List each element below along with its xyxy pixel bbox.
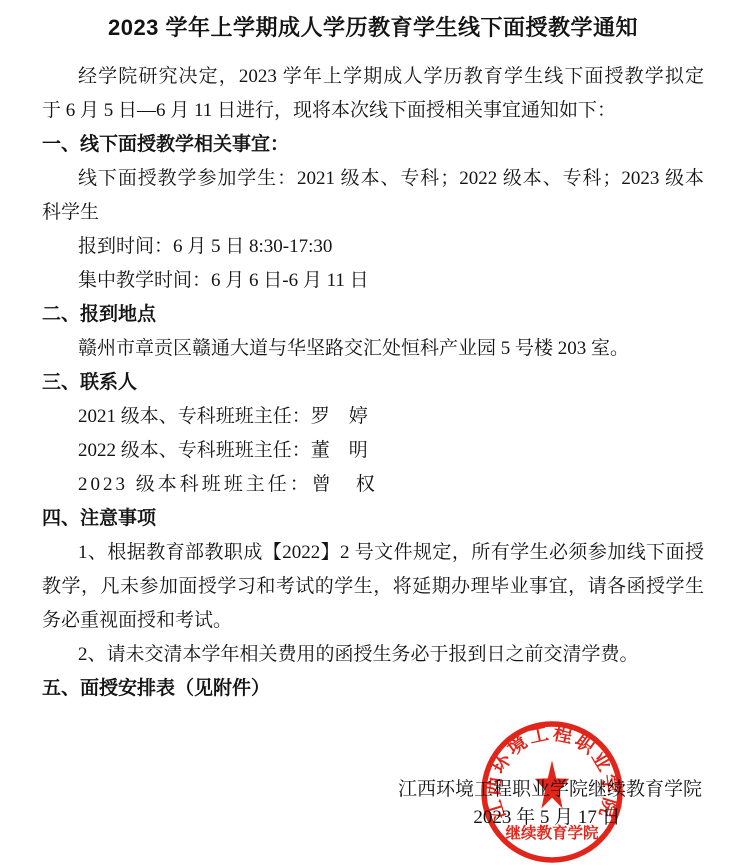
section5-heading: 五、面授安排表（见附件） (42, 672, 704, 706)
section4-note1-line1: 1、根据教育部教职成【2022】2 号文件规定，所有学生必须参加线下面授 (42, 536, 704, 570)
document-title: 2023 学年上学期成人学历教育学生线下面授教学通知 (42, 12, 704, 44)
section1-report-time: 报到时间：6 月 5 日 8:30-17:30 (42, 230, 704, 264)
section4-note1-line3: 务必重视面授和考试。 (42, 604, 704, 638)
section1-heading: 一、线下面授教学相关事宜： (42, 128, 704, 162)
section1-students-line1: 线下面授教学参加学生：2021 级本、专科；2022 级本、专科；2023 级本 (42, 162, 704, 196)
section4-heading: 四、注意事项 (42, 502, 704, 536)
section3-contact-2022: 2022 级本、专科班班主任：董 明 (42, 434, 704, 468)
notice-document-page: 2023 学年上学期成人学历教育学生线下面授教学通知 经学院研究决定，2023 … (0, 0, 740, 866)
section3-contact-2023: 2023 级本科班班主任：曾 权 (42, 468, 704, 502)
section3-contact-2021: 2021 级本、专科班班主任：罗 婷 (42, 400, 704, 434)
document-body: 2023 学年上学期成人学历教育学生线下面授教学通知 经学院研究决定，2023 … (42, 12, 704, 706)
section3-heading: 三、联系人 (42, 366, 704, 400)
intro-line-1: 经学院研究决定，2023 学年上学期成人学历教育学生线下面授教学拟定 (42, 60, 704, 94)
signature-organization: 江西环境工程职业学院继续教育学院 (392, 776, 702, 804)
intro-line-2: 于 6 月 5 日—6 月 11 日进行，现将本次线下面授相关事宜通知如下： (42, 94, 704, 128)
section4-note2: 2、请未交清本学年相关费用的函授生务必于报到日之前交清学费。 (42, 638, 704, 672)
section1-teaching-time: 集中教学时间：6 月 6 日-6 月 11 日 (42, 264, 704, 298)
section2-address: 赣州市章贡区赣通大道与华坚路交汇处恒科产业园 5 号楼 203 室。 (42, 332, 704, 366)
signature-block: 江西环境工程职业学院继续教育学院 2023 年 5 月 17 日 (392, 776, 702, 832)
section4-note1-line2: 教学，凡未参加面授学习和考试的学生，将延期办理毕业事宜，请各函授学生 (42, 570, 704, 604)
section1-students-line2: 科学生 (42, 196, 704, 230)
signature-date: 2023 年 5 月 17 日 (392, 804, 702, 832)
section2-heading: 二、报到地点 (42, 298, 704, 332)
